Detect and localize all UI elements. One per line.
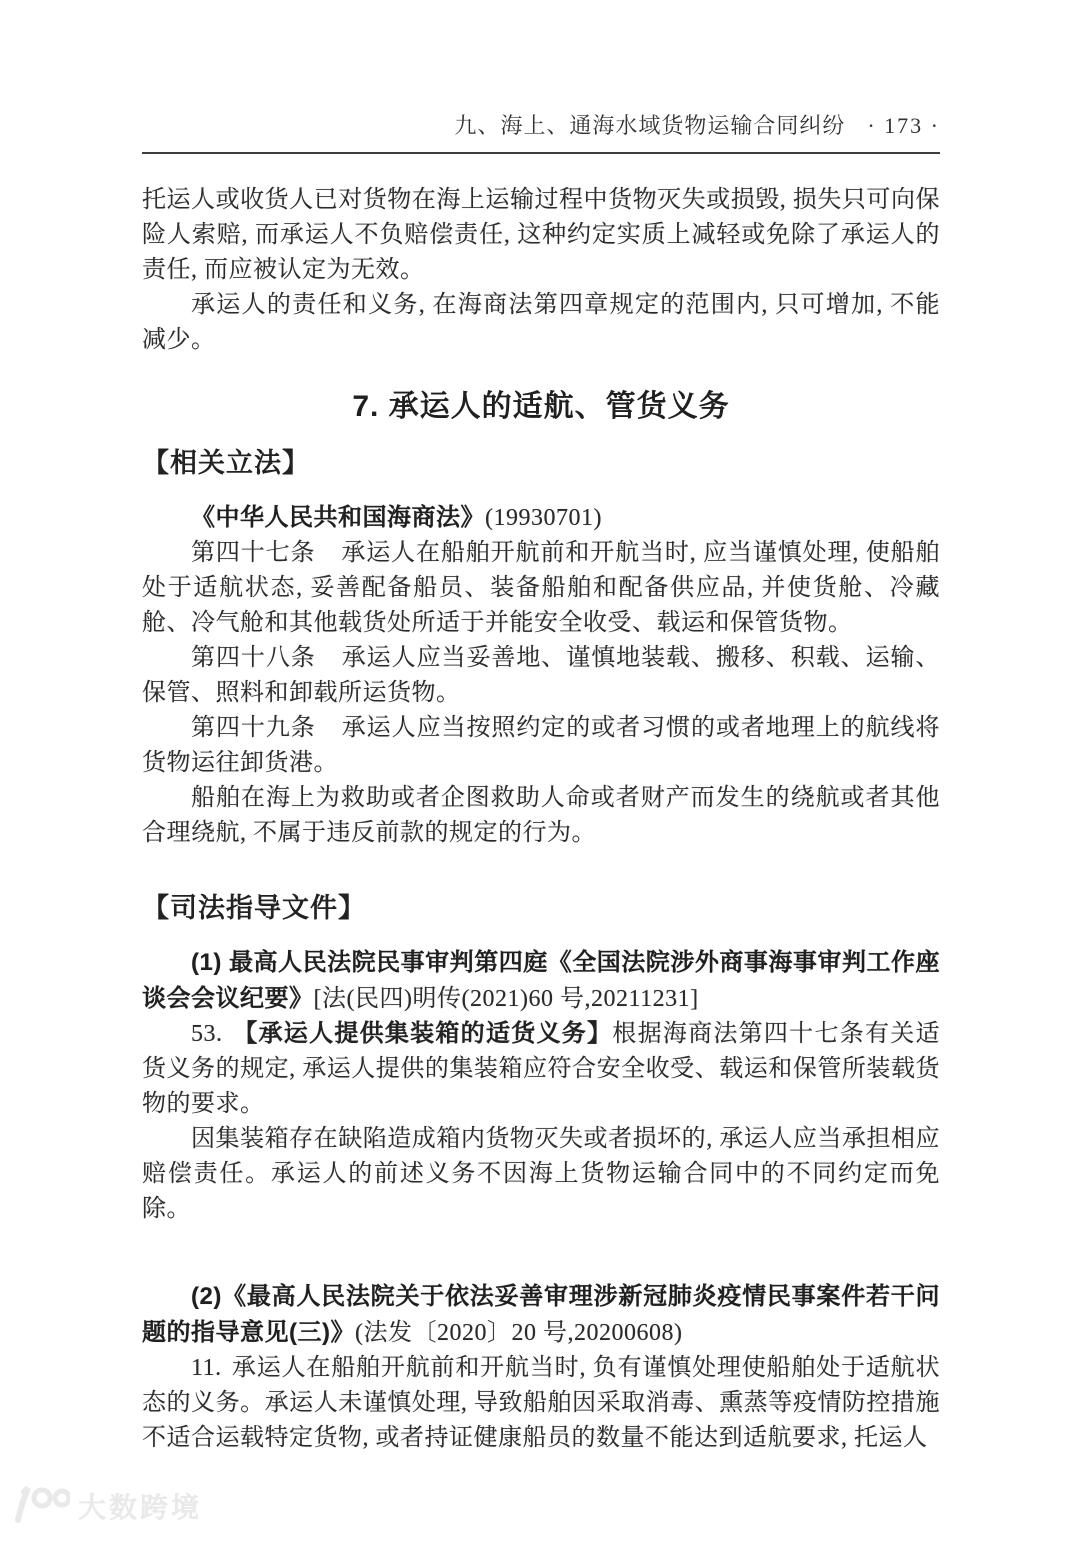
article-49-number: 第四十九条 xyxy=(191,715,316,741)
watermark: 大数跨境 xyxy=(12,1482,202,1529)
article-47-number: 第四十七条 xyxy=(191,540,315,566)
chapter-heading: 7. 承运人的适航、管货义务 xyxy=(142,388,940,426)
guidance-doc-2-item-11: 11.承运人在船舶开航前和开航当时, 负有谨慎处理使船舶处于适航状态的义务。承运… xyxy=(142,1351,940,1456)
watermark-logo-icon xyxy=(12,1482,70,1529)
intro-paragraph-2: 承运人的责任和义务, 在海商法第四章规定的范围内, 只可增加, 不能减少。 xyxy=(142,288,940,358)
running-head: 九、海上、通海水域货物运输合同纠纷· 173 · xyxy=(142,112,940,140)
legislation-source-date: (19930701) xyxy=(485,505,602,531)
page-content: 九、海上、通海水域货物运输合同纠纷· 173 · 托运人或收货人已对货物在海上运… xyxy=(142,0,940,1456)
guidance-doc-2-ref: (法发〔2020〕20 号,20200608) xyxy=(355,1320,682,1346)
guidance-doc-1-heading: (1) 最高人民法院民事审判第四庭《全国法院涉外商事海事审判工作座谈会会议纪要》… xyxy=(142,945,940,1017)
legislation-label: 【相关立法】 xyxy=(142,448,940,478)
page-number: · 173 · xyxy=(867,113,940,138)
header-rule xyxy=(142,152,940,154)
article-48: 第四十八条承运人应当妥善地、谨慎地装载、搬移、积载、运输、保管、照料和卸载所运货… xyxy=(142,641,940,711)
article-48-number: 第四十八条 xyxy=(191,645,316,671)
item-53-tag: 【承运人提供集装箱的适货义务】 xyxy=(233,1021,613,1047)
article-47: 第四十七条承运人在船舶开航前和开航当时, 应当谨慎处理, 使船舶处于适航状态, … xyxy=(142,536,940,641)
running-head-title: 九、海上、通海水域货物运输合同纠纷 xyxy=(454,113,845,138)
legislation-source-title: 《中华人民共和国海商法》 xyxy=(191,504,485,531)
legislation-source: 《中华人民共和国海商法》(19930701) xyxy=(142,500,940,536)
guidance-doc-2-heading: (2)《最高人民法院关于依法妥善审理涉新冠肺炎疫情民事案件若干问题的指导意见(三… xyxy=(142,1279,940,1351)
article-49: 第四十九条承运人应当按照约定的或者习惯的或者地理上的航线将货物运往卸货港。 xyxy=(142,711,940,781)
article-49-extra: 船舶在海上为救助或者企图救助人命或者财产而发生的绕航或者其他合理绕航, 不属于违… xyxy=(142,781,940,851)
guidance-doc-1-item-53: 53.【承运人提供集装箱的适货义务】根据海商法第四十七条有关适货义务的规定, 承… xyxy=(142,1017,940,1122)
guidance-doc-1-item-53-para-2: 因集装箱存在缺陷造成箱内货物灭失或者损坏的, 承运人应当承担相应赔偿责任。承运人… xyxy=(142,1122,940,1227)
watermark-text: 大数跨境 xyxy=(78,1486,202,1526)
guidance-label: 【司法指导文件】 xyxy=(142,893,940,923)
item-11-number: 11. xyxy=(191,1355,222,1381)
book-page: { "header": { "section_title": "九、海上、通海水… xyxy=(0,0,1080,1546)
item-53-number: 53. xyxy=(191,1021,223,1047)
intro-paragraph-1: 托运人或收货人已对货物在海上运输过程中货物灭失或损毁, 损失只可向保险人索赔, … xyxy=(142,183,940,288)
item-11-text: 承运人在船舶开航前和开航当时, 负有谨慎处理使船舶处于适航状态的义务。承运人未谨… xyxy=(142,1355,940,1451)
guidance-doc-1-ref: [法(民四)明传(2021)60 号,20211231] xyxy=(314,986,699,1012)
